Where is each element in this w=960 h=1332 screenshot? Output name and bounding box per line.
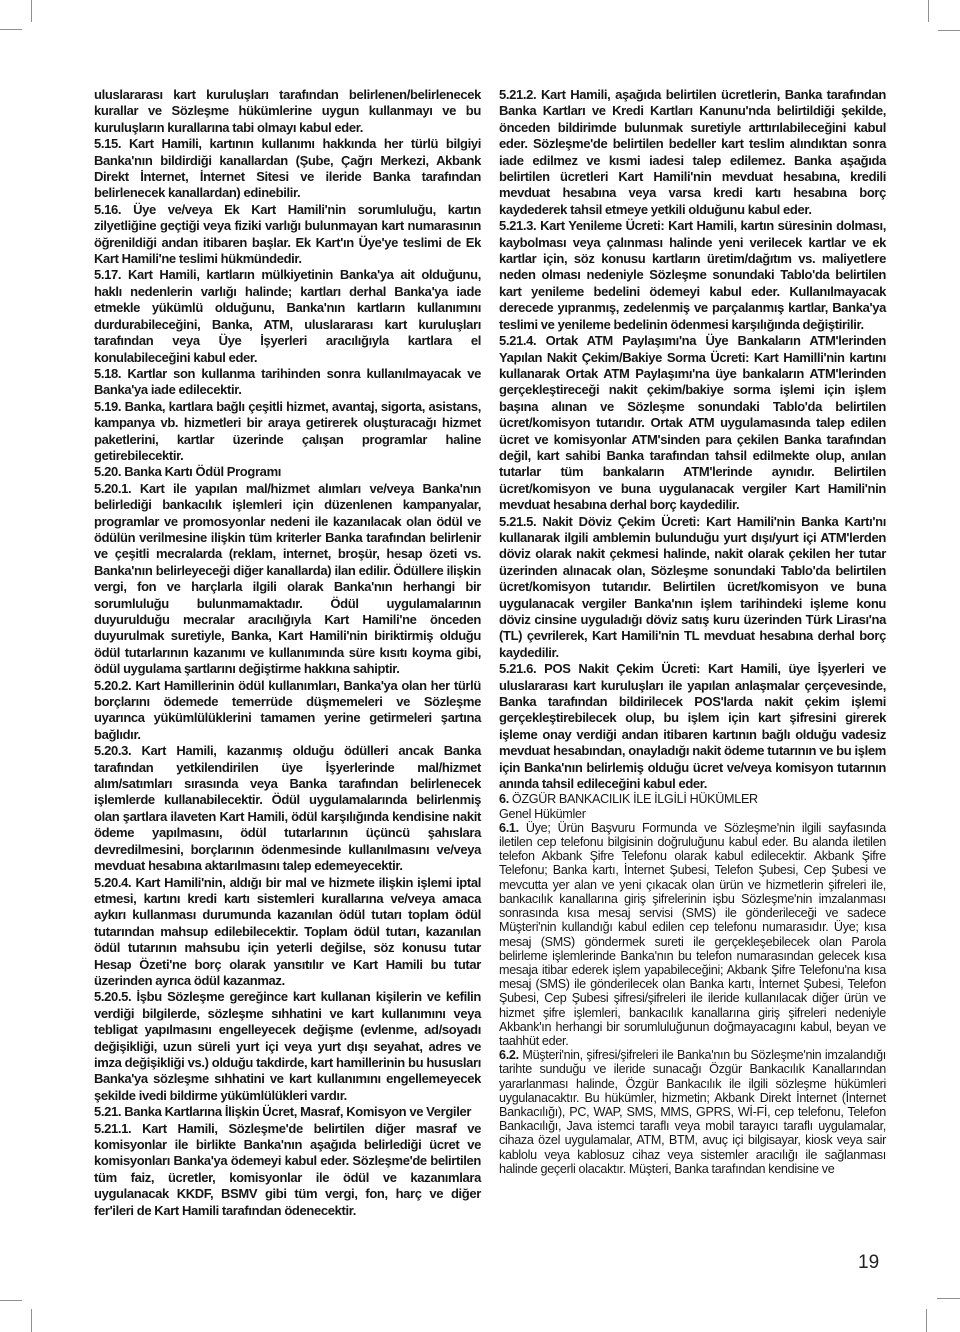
clause-5-21-1: 5.21.1. Kart Hamili, Sözleşme'de belirti… xyxy=(94,1121,481,1219)
subheading-text: Genel Hükümler xyxy=(499,807,586,821)
clause-5-21-2: 5.21.2. Kart Hamili, aşağıda belirtilen … xyxy=(499,87,886,218)
clause-text: Nakit Döviz Çekim Ücreti: Kart Hamili'ni… xyxy=(499,514,886,660)
clause-5-20-3: 5.20.3. Kart Hamili, kazanmış olduğu ödü… xyxy=(94,743,481,874)
clause-5-18: 5.18. Kartlar son kullanma tarihinden so… xyxy=(94,366,481,399)
clause-number: 5.20.1. xyxy=(94,481,131,496)
clause-5-21-3: 5.21.3. Kart Yenileme Ücreti: Kart Hamil… xyxy=(499,218,886,333)
clause-number: 5.21.2. xyxy=(499,87,536,102)
clause-text: POS Nakit Çekim Ücreti: Kart Hamili, üye… xyxy=(499,661,886,791)
heading-text: Banka Kartı Ödül Programı xyxy=(124,464,281,479)
clause-text: Kart Hamili, Sözleşme'de belirtilen diğe… xyxy=(94,1121,481,1218)
clause-number: 5.19. xyxy=(94,399,121,414)
clause-5-21-4: 5.21.4. Ortak ATM Paylaşımı'na Üye Banka… xyxy=(499,333,886,513)
clause-5-20-5: 5.20.5. İşbu Sözleşme gereğince kart kul… xyxy=(94,989,481,1104)
clause-6-2: 6.2. Müşteri'nin, şifresi/şifreleri ile … xyxy=(499,1048,886,1176)
clause-number: 5.21.6. xyxy=(499,661,536,676)
clause-5-19: 5.19. Banka, kartlara bağlı çeşitli hizm… xyxy=(94,399,481,465)
clause-number: 5.17. xyxy=(94,267,121,282)
clause-text: Kart ile yapılan mal/hizmet alımları ve/… xyxy=(94,481,481,676)
clause-text: Üye ve/veya Ek Kart Hamili'nin sorumlulu… xyxy=(94,202,481,266)
clause-number: 5.21.1. xyxy=(94,1121,131,1136)
crop-mark-bottom-left-horizontal xyxy=(0,1300,22,1301)
clause-5-20-1: 5.20.1. Kart ile yapılan mal/hizmet alım… xyxy=(94,481,481,678)
section-6: 6. ÖZGÜR BANKACILIK İLE İLGİLİ HÜKÜMLER … xyxy=(499,792,886,1175)
clause-text: Üye; Ürün Başvuru Formunda ve Sözleşme'n… xyxy=(499,821,886,1048)
clause-text: Müşteri'nin, şifresi/şifreleri ile Banka… xyxy=(499,1048,886,1176)
crop-mark-top-left-horizontal xyxy=(0,29,22,30)
clause-number: 5.21.4. xyxy=(499,333,536,348)
clause-text: Kart Hamili, kartların mülkiyetinin Bank… xyxy=(94,267,481,364)
clause-number: 5.16. xyxy=(94,202,121,217)
crop-mark-bottom-right-horizontal xyxy=(937,1298,960,1299)
clause-text: Kart Hamili'nin, aldığı bir mal ve hizme… xyxy=(94,875,481,988)
clause-text: Ortak ATM Paylaşımı'na Üye Bankaların AT… xyxy=(499,333,886,512)
clause-number: 6.2. xyxy=(499,1048,519,1062)
clause-number: 5.21. xyxy=(94,1104,121,1119)
crop-mark-bottom-left-vertical xyxy=(31,1309,32,1332)
crop-mark-top-left-vertical xyxy=(31,0,32,22)
clause-number: 5.20.2. xyxy=(94,678,131,693)
clause-number: 5.21.3. xyxy=(499,218,536,233)
clause-number: 5.20. xyxy=(94,464,121,479)
heading-text: Banka Kartlarına İlişkin Ücret, Masraf, … xyxy=(124,1104,471,1119)
clause-text: Kart Hamili, kartının kullanımı hakkında… xyxy=(94,136,481,200)
clause-5-20-2: 5.20.2. Kart Hamillerinin ödül kullanıml… xyxy=(94,678,481,744)
clause-6-1: 6.1. Üye; Ürün Başvuru Formunda ve Sözle… xyxy=(499,821,886,1048)
left-column: uluslararası kart kuruluşları tarafından… xyxy=(94,87,481,1219)
heading-5-20: 5.20. Banka Kartı Ödül Programı xyxy=(94,464,481,480)
clause-number: 5.20.5. xyxy=(94,989,131,1004)
heading-text: ÖZGÜR BANKACILIK İLE İLGİLİ HÜKÜMLER xyxy=(512,792,758,806)
crop-mark-bottom-right-vertical xyxy=(926,1309,927,1332)
clause-number: 5.21.5. xyxy=(499,514,536,529)
clause-text: Kartlar son kullanma tarihinden sonra ku… xyxy=(94,366,481,397)
clause-number: 6.1. xyxy=(499,821,519,835)
clause-number: 5.20.3. xyxy=(94,743,131,758)
right-column: 5.21.2. Kart Hamili, aşağıda belirtilen … xyxy=(499,87,886,1176)
clause-5-17: 5.17. Kart Hamili, kartların mülkiyetini… xyxy=(94,267,481,365)
clause-number: 5.15. xyxy=(94,136,121,151)
clause-5-15: 5.15. Kart Hamili, kartının kullanımı ha… xyxy=(94,136,481,202)
subheading-genel-hukumler: Genel Hükümler xyxy=(499,807,886,821)
heading-section-6: 6. ÖZGÜR BANKACILIK İLE İLGİLİ HÜKÜMLER xyxy=(499,792,886,806)
clause-text: Kart Hamili, aşağıda belirtilen ücretler… xyxy=(499,87,886,217)
section-number: 6. xyxy=(499,792,509,806)
heading-5-21: 5.21. Banka Kartlarına İlişkin Ücret, Ma… xyxy=(94,1104,481,1120)
clause-text: Kart Hamillerinin ödül kullanımları, Ban… xyxy=(94,678,481,742)
clause-text: Banka, kartlara bağlı çeşitli hizmet, av… xyxy=(94,399,481,463)
page-number: 19 xyxy=(858,1252,879,1274)
crop-mark-top-right-horizontal xyxy=(938,30,960,31)
clause-5-20-4: 5.20.4. Kart Hamili'nin, aldığı bir mal … xyxy=(94,875,481,990)
clause-text: uluslararası kart kuruluşları tarafından… xyxy=(94,87,481,135)
clause-number: 5.20.4. xyxy=(94,875,131,890)
clause-5-21-5: 5.21.5. Nakit Döviz Çekim Ücreti: Kart H… xyxy=(499,514,886,662)
clause-continuation: uluslararası kart kuruluşları tarafından… xyxy=(94,87,481,136)
clause-text: Kart Yenileme Ücreti: Kart Hamili, kartı… xyxy=(499,218,886,331)
clause-number: 5.18. xyxy=(94,366,121,381)
crop-mark-top-right-vertical xyxy=(928,0,929,22)
clause-text: İşbu Sözleşme gereğince kart kullanan ki… xyxy=(94,989,481,1102)
clause-text: Kart Hamili, kazanmış olduğu ödülleri an… xyxy=(94,743,481,873)
clause-5-21-6: 5.21.6. POS Nakit Çekim Ücreti: Kart Ham… xyxy=(499,661,886,792)
clause-5-16: 5.16. Üye ve/veya Ek Kart Hamili'nin sor… xyxy=(94,202,481,268)
